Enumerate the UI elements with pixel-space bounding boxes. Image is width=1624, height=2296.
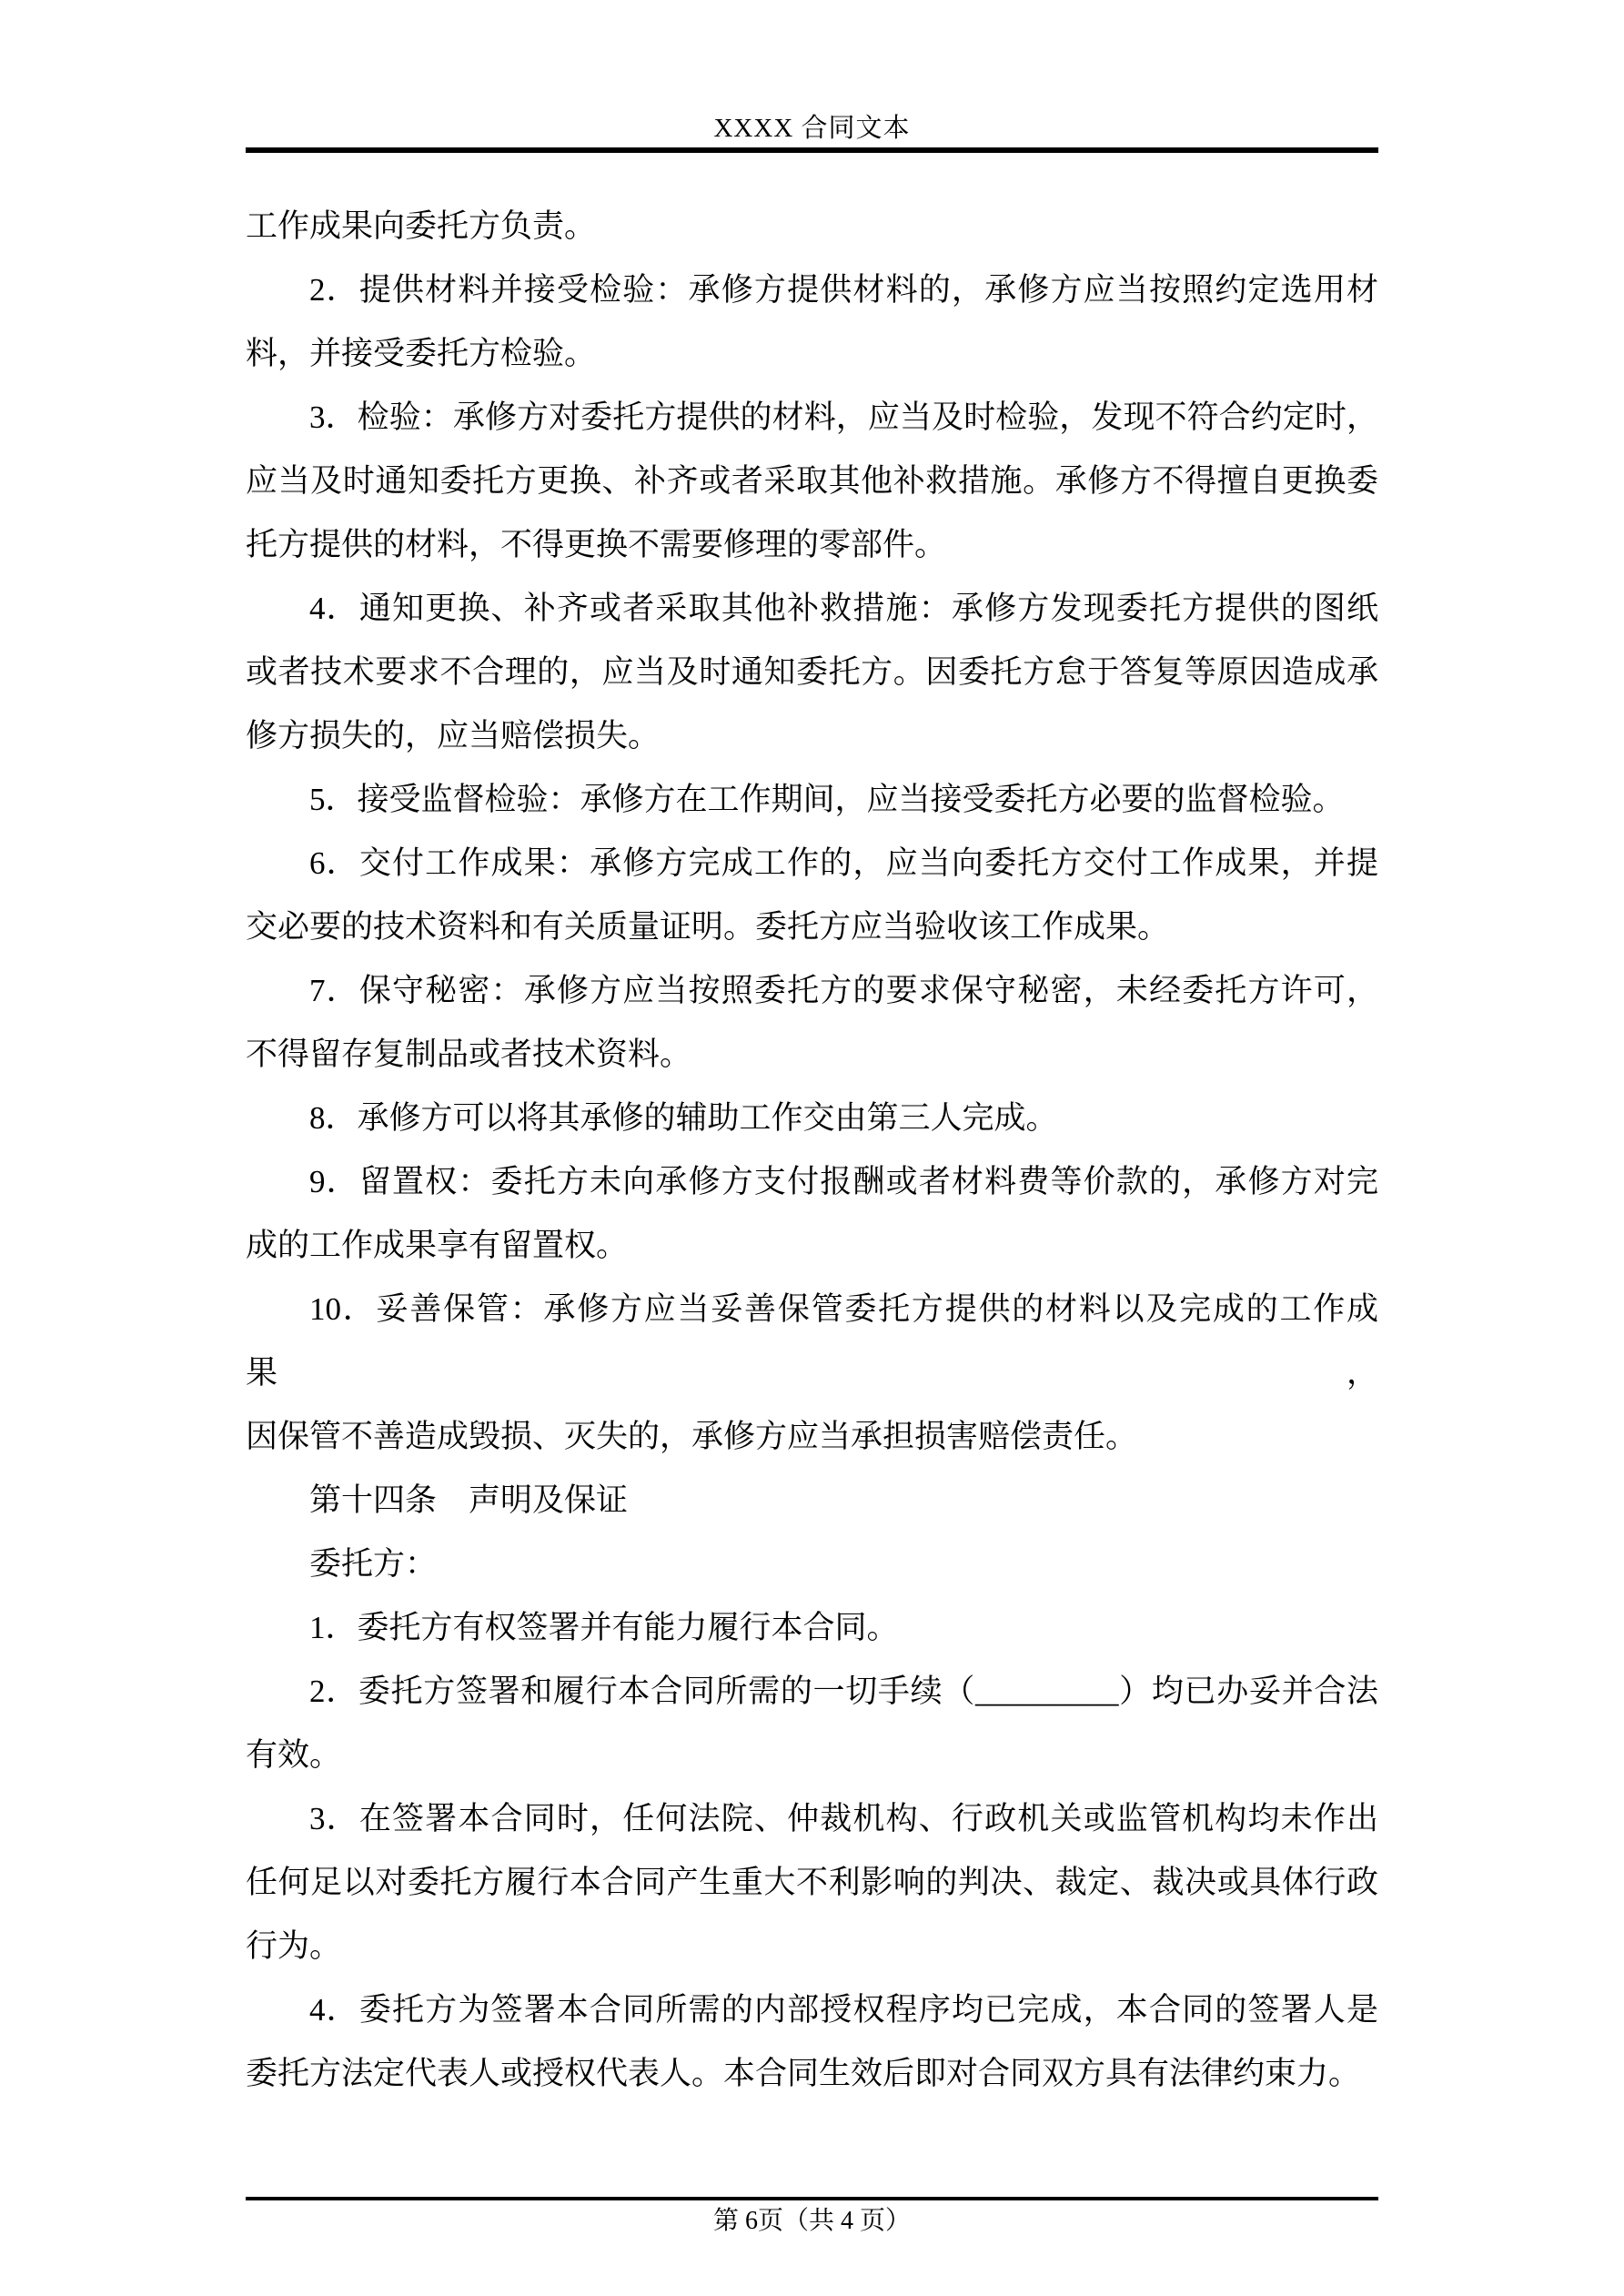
text-line: 9．留置权：委托方未向承修方支付报酬或者材料费等价款的，承修方对完 xyxy=(246,1150,1378,1214)
text-line: 8．承修方可以将其承修的辅助工作交由第三人完成。 xyxy=(246,1087,1378,1150)
text-line: 委托方： xyxy=(246,1532,1378,1596)
text-line: 3．检验：承修方对委托方提供的材料，应当及时检验，发现不符合约定时， xyxy=(246,386,1378,450)
text-line: 应当及时通知委托方更换、补齐或者采取其他补救措施。承修方不得擅自更换委 xyxy=(246,450,1378,513)
text-line: 3．在签署本合同时，任何法院、仲裁机构、行政机关或监管机构均未作出 xyxy=(246,1787,1378,1851)
text-line: 4．通知更换、补齐或者采取其他补救措施：承修方发现委托方提供的图纸 xyxy=(246,577,1378,641)
text-line: 工作成果向委托方负责。 xyxy=(246,195,1378,258)
text-line: 修方损失的，应当赔偿损失。 xyxy=(246,704,1378,768)
text-line: 第十四条 声明及保证 xyxy=(246,1469,1378,1532)
text-line: 交必要的技术资料和有关质量证明。委托方应当验收该工作成果。 xyxy=(246,895,1378,959)
text-line: 托方提供的材料，不得更换不需要修理的零部件。 xyxy=(246,513,1378,577)
footer-page-number: 第 6页（共 4 页） xyxy=(246,2200,1378,2242)
text-line: 4．委托方为签署本合同所需的内部授权程序均已完成，本合同的签署人是 xyxy=(246,1978,1378,2042)
text-line: 1．委托方有权签署并有能力履行本合同。 xyxy=(246,1596,1378,1660)
text-line: 委托方法定代表人或授权代表人。本合同生效后即对合同双方具有法律约束力。 xyxy=(246,2042,1378,2106)
text-line: 因保管不善造成毁损、灭失的，承修方应当承担损害赔偿责任。 xyxy=(246,1405,1378,1469)
text-line: 6．交付工作成果：承修方完成工作的，应当向委托方交付工作成果，并提 xyxy=(246,832,1378,895)
text-line: 10．妥善保管：承修方应当妥善保管委托方提供的材料以及完成的工作成果， xyxy=(246,1278,1378,1405)
text-line: 行为。 xyxy=(246,1915,1378,1978)
document-header: XXXX 合同文本 xyxy=(246,0,1378,153)
text-line: 成的工作成果享有留置权。 xyxy=(246,1214,1378,1278)
document-footer: 第 6页（共 4 页） xyxy=(246,2197,1378,2242)
text-line: 或者技术要求不合理的，应当及时通知委托方。因委托方怠于答复等原因造成承 xyxy=(246,641,1378,704)
document-page: XXXX 合同文本 工作成果向委托方负责。2．提供材料并接受检验：承修方提供材料… xyxy=(0,0,1624,2296)
text-line: 有效。 xyxy=(246,1724,1378,1787)
text-line: 不得留存复制品或者技术资料。 xyxy=(246,1023,1378,1087)
header-title: XXXX 合同文本 xyxy=(246,109,1378,147)
text-line: 7．保守秘密：承修方应当按照委托方的要求保守秘密，未经委托方许可， xyxy=(246,959,1378,1023)
text-line: 2．提供材料并接受检验：承修方提供材料的，承修方应当按照约定选用材 xyxy=(246,258,1378,322)
document-body: 工作成果向委托方负责。2．提供材料并接受检验：承修方提供材料的，承修方应当按照约… xyxy=(246,153,1378,2106)
text-line: 2．委托方签署和履行本合同所需的一切手续（_________）均已办妥并合法 xyxy=(246,1660,1378,1724)
text-line: 任何足以对委托方履行本合同产生重大不利影响的判决、裁定、裁决或具体行政 xyxy=(246,1851,1378,1915)
text-line: 5．接受监督检验：承修方在工作期间，应当接受委托方必要的监督检验。 xyxy=(246,768,1378,832)
text-line: 料，并接受委托方检验。 xyxy=(246,322,1378,386)
